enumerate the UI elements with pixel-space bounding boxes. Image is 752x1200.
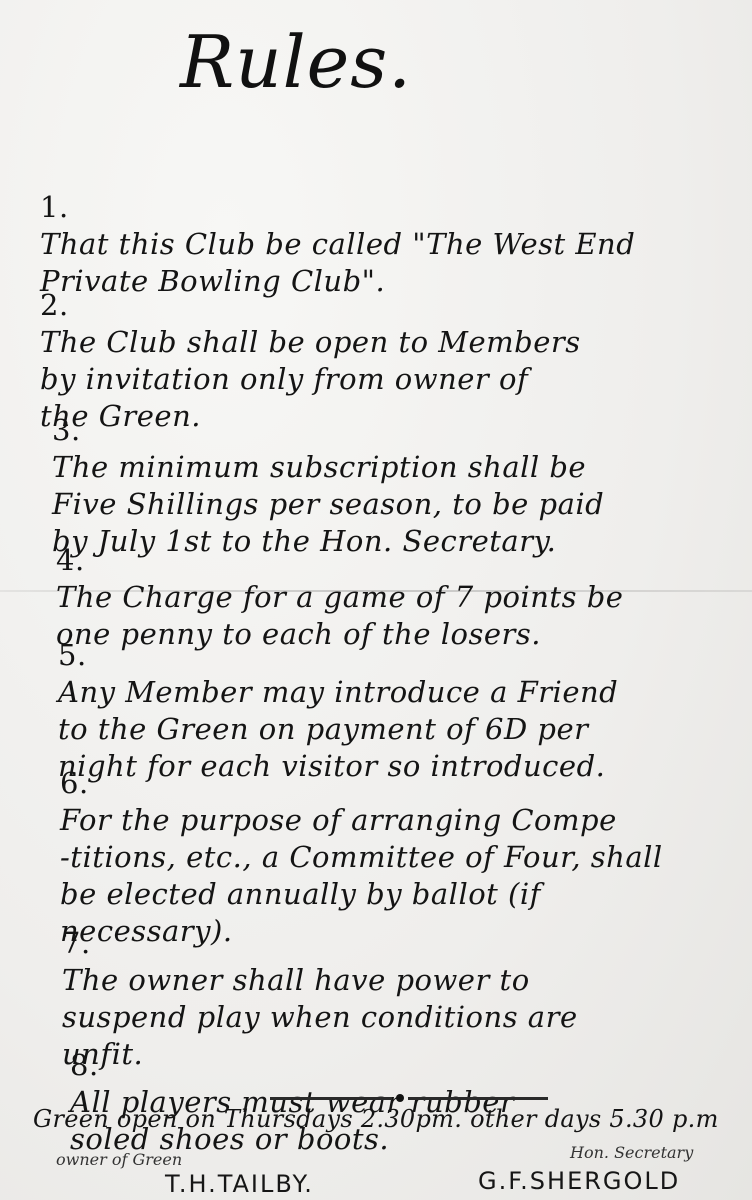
rule-number: 8.: [70, 1048, 99, 1082]
rule-number: 3.: [52, 413, 81, 447]
page-title: Rules.: [180, 20, 412, 104]
rule-number: 5.: [58, 638, 87, 672]
signatory-name-secretary: G.F.SHERGOLD: [478, 1167, 680, 1195]
divider-dot: [396, 1094, 404, 1102]
rule-number: 4.: [56, 543, 85, 577]
divider-left: [270, 1097, 392, 1100]
rule-number: 6.: [60, 766, 89, 800]
divider-right: [408, 1097, 548, 1100]
opening-hours: Green open on Thursdays 2.30pm. other da…: [33, 1105, 719, 1133]
signatory-role-secretary: Hon. Secretary: [570, 1143, 693, 1162]
signatory-role-owner: owner of Green: [56, 1150, 182, 1169]
rule-number: 1.: [40, 190, 69, 224]
signatory-name-owner: T.H.TAILBY.: [165, 1170, 314, 1198]
rules-notice-page: Rules. 1. That this Club be called "The …: [0, 0, 752, 1200]
rule-number: 7.: [62, 926, 91, 960]
rule-number: 2.: [40, 288, 69, 322]
rule-8: 8. All players must wear rubber soled sh…: [70, 1010, 514, 1158]
